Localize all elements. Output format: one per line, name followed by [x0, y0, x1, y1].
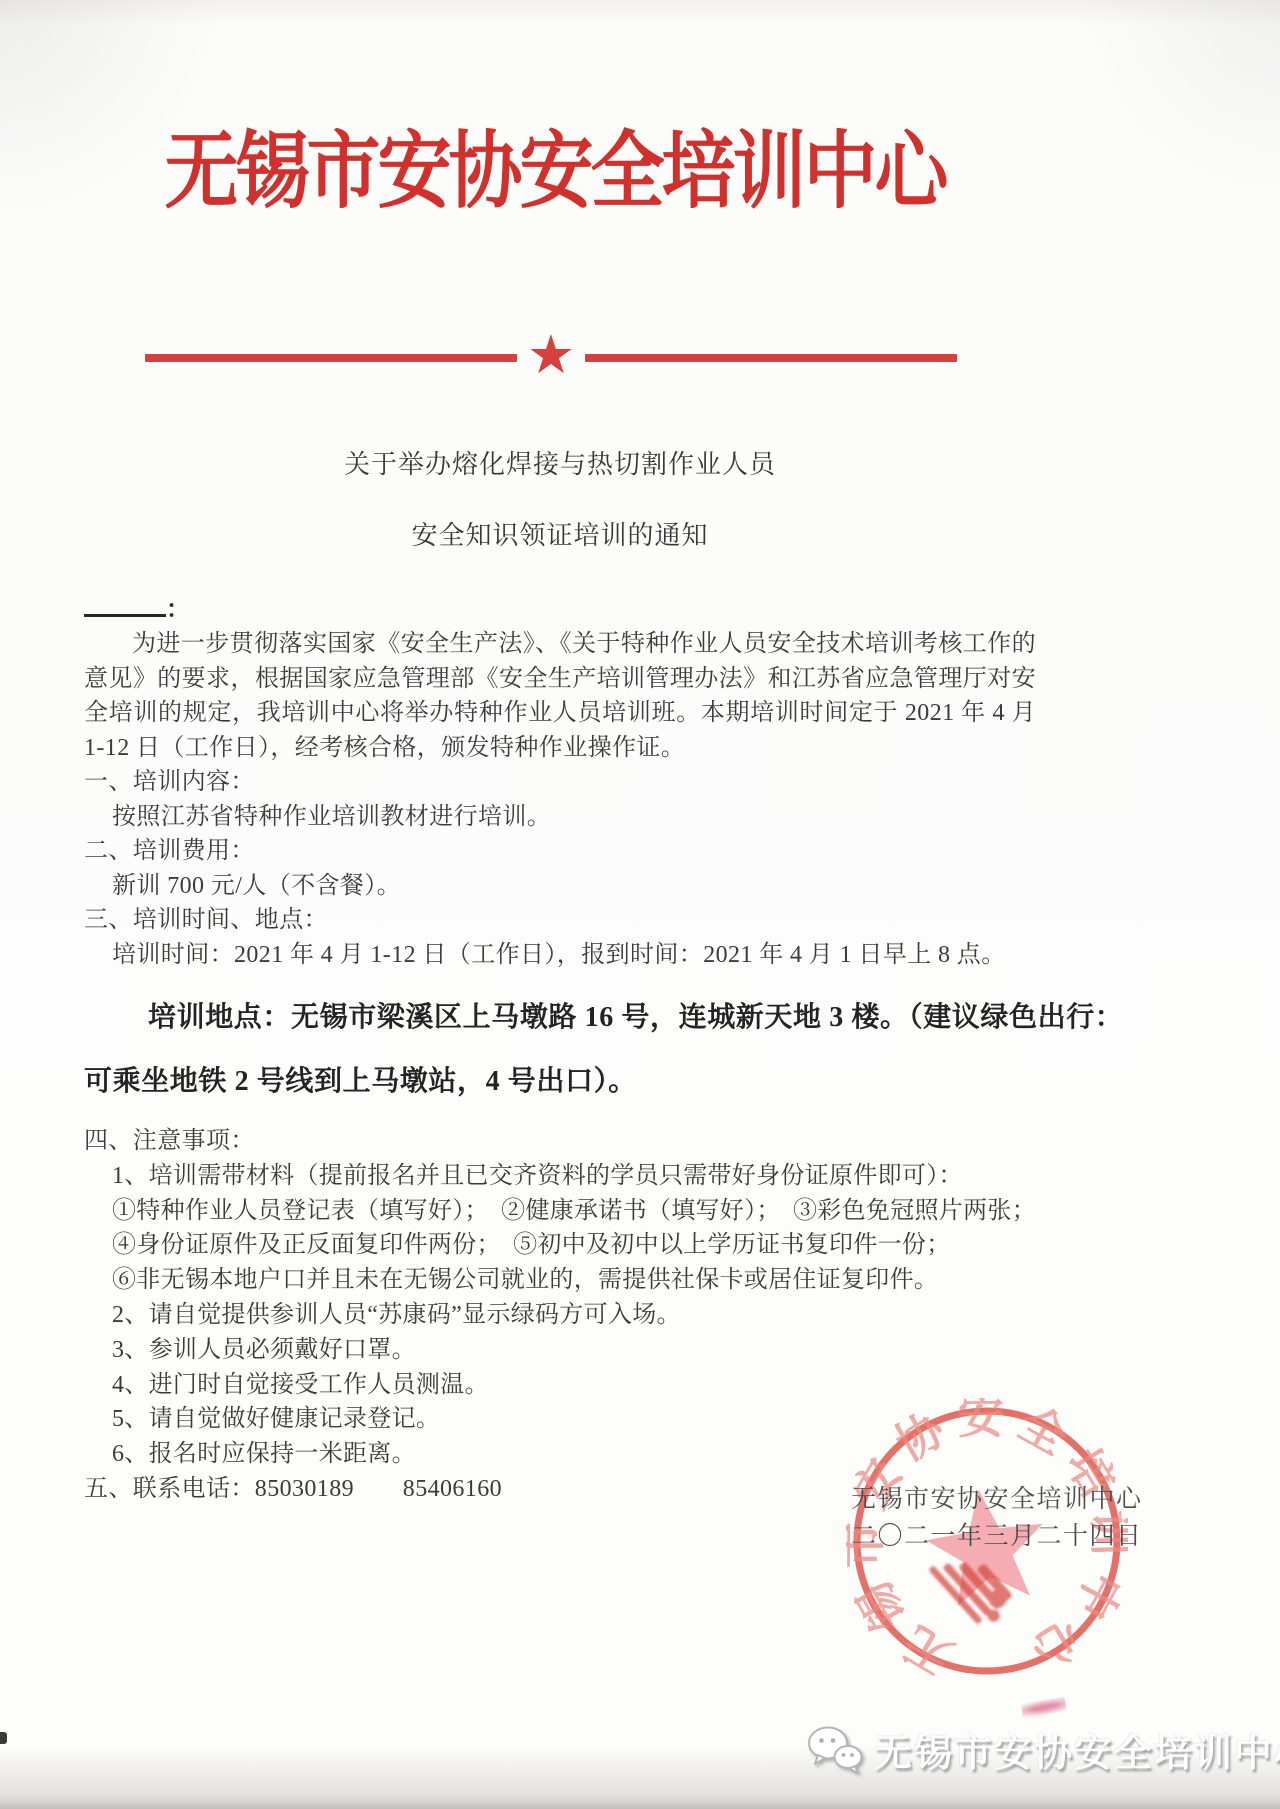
- intro-paragraph: 为进一步贯彻落实国家《安全生产法》、《关于特种作业人员安全技术培训考核工作的意见…: [84, 627, 1036, 765]
- document-body: 关于举办熔化焊接与热切割作业人员 安全知识领证培训的通知 ： 为进一步贯彻落实国…: [84, 448, 1196, 1507]
- note-line-6: 3、参训人员必须戴好口罩。: [84, 1333, 1196, 1368]
- note-line-1: 1、培训需带材料（提前报名并且已交齐资料的学员只需带好身份证原件即可）：: [84, 1159, 1196, 1194]
- note-line-5: 2、请自觉提供参训人员“苏康码”显示绿码方可入场。: [84, 1298, 1196, 1333]
- note-line-4: ⑥非无锡本地户口并且未在无锡公司就业的，需提供社保卡或居住证复印件。: [84, 1263, 1196, 1298]
- scan-red-smudge: [1021, 1697, 1067, 1719]
- wechat-icon: [806, 1723, 864, 1777]
- divider-rule-right: [585, 354, 957, 362]
- location-line1: 培训地点：无锡市梁溪区上马墩路 16 号，连城新天地 3 楼。（建议绿色出行：: [84, 986, 1196, 1050]
- doc-title-line2: 安全知识领证培训的通知: [84, 519, 1036, 554]
- section-2-label: 二、培训费用：: [84, 834, 1196, 869]
- salutation-blank-underline: [84, 594, 166, 617]
- note-line-2: ①特种作业人员登记表（填写好）； ②健康承诺书（填写好）； ③彩色免冠照片两张；: [84, 1194, 1196, 1229]
- signature-date: 二〇二一年三月二十四日: [851, 1518, 1143, 1555]
- section-1-label: 一、培训内容：: [84, 765, 1196, 800]
- scan-edge-mark: [0, 1732, 7, 1744]
- signature-org: 无锡市安协安全培训中心: [851, 1481, 1143, 1518]
- divider-rule-left: [145, 354, 517, 362]
- salutation: ：: [84, 593, 1196, 625]
- note-line-3: ④身份证原件及正反面复印件两份； ⑤初中及初中以上学历证书复印件一份；: [84, 1228, 1196, 1263]
- scan-bottom-shadow: [0, 1803, 1280, 1809]
- section-3-label: 三、培训时间、地点：: [84, 903, 1196, 938]
- footer-watermark: 无锡市安协安全培训中心: [806, 1722, 1280, 1777]
- doc-title-line1: 关于举办熔化焊接与热切割作业人员: [84, 448, 1036, 483]
- signature-block: 无锡市安协安全培训中心 二〇二一年三月二十四日: [851, 1481, 1143, 1555]
- star-icon: ★: [527, 328, 575, 382]
- location-line2: 可乘坐地铁 2 号线到上马墩站，4 号出口）。: [84, 1050, 1196, 1114]
- scanned-notice-page: 无锡市安协安全培训中心 ★ 关于举办熔化焊接与热切割作业人员 安全知识领证培训的…: [0, 0, 1280, 1809]
- section-1-content: 按照江苏省特种作业培训教材进行培训。: [84, 800, 1196, 835]
- location-emphasis: 培训地点：无锡市梁溪区上马墩路 16 号，连城新天地 3 楼。（建议绿色出行： …: [84, 986, 1196, 1114]
- letterhead-title: 无锡市安协安全培训中心: [0, 104, 1110, 225]
- section-2-content: 新训 700 元/人（不含餐）。: [84, 869, 1196, 904]
- letterhead-divider: ★: [145, 330, 957, 386]
- section-3-content: 培训时间：2021 年 4 月 1-12 日（工作日），报到时间：2021 年 …: [84, 938, 1196, 973]
- footer-brand-text: 无锡市安协安全培训中心: [874, 1722, 1280, 1777]
- salutation-colon: ：: [166, 597, 190, 623]
- section-4-label: 四、注意事项：: [84, 1124, 1196, 1159]
